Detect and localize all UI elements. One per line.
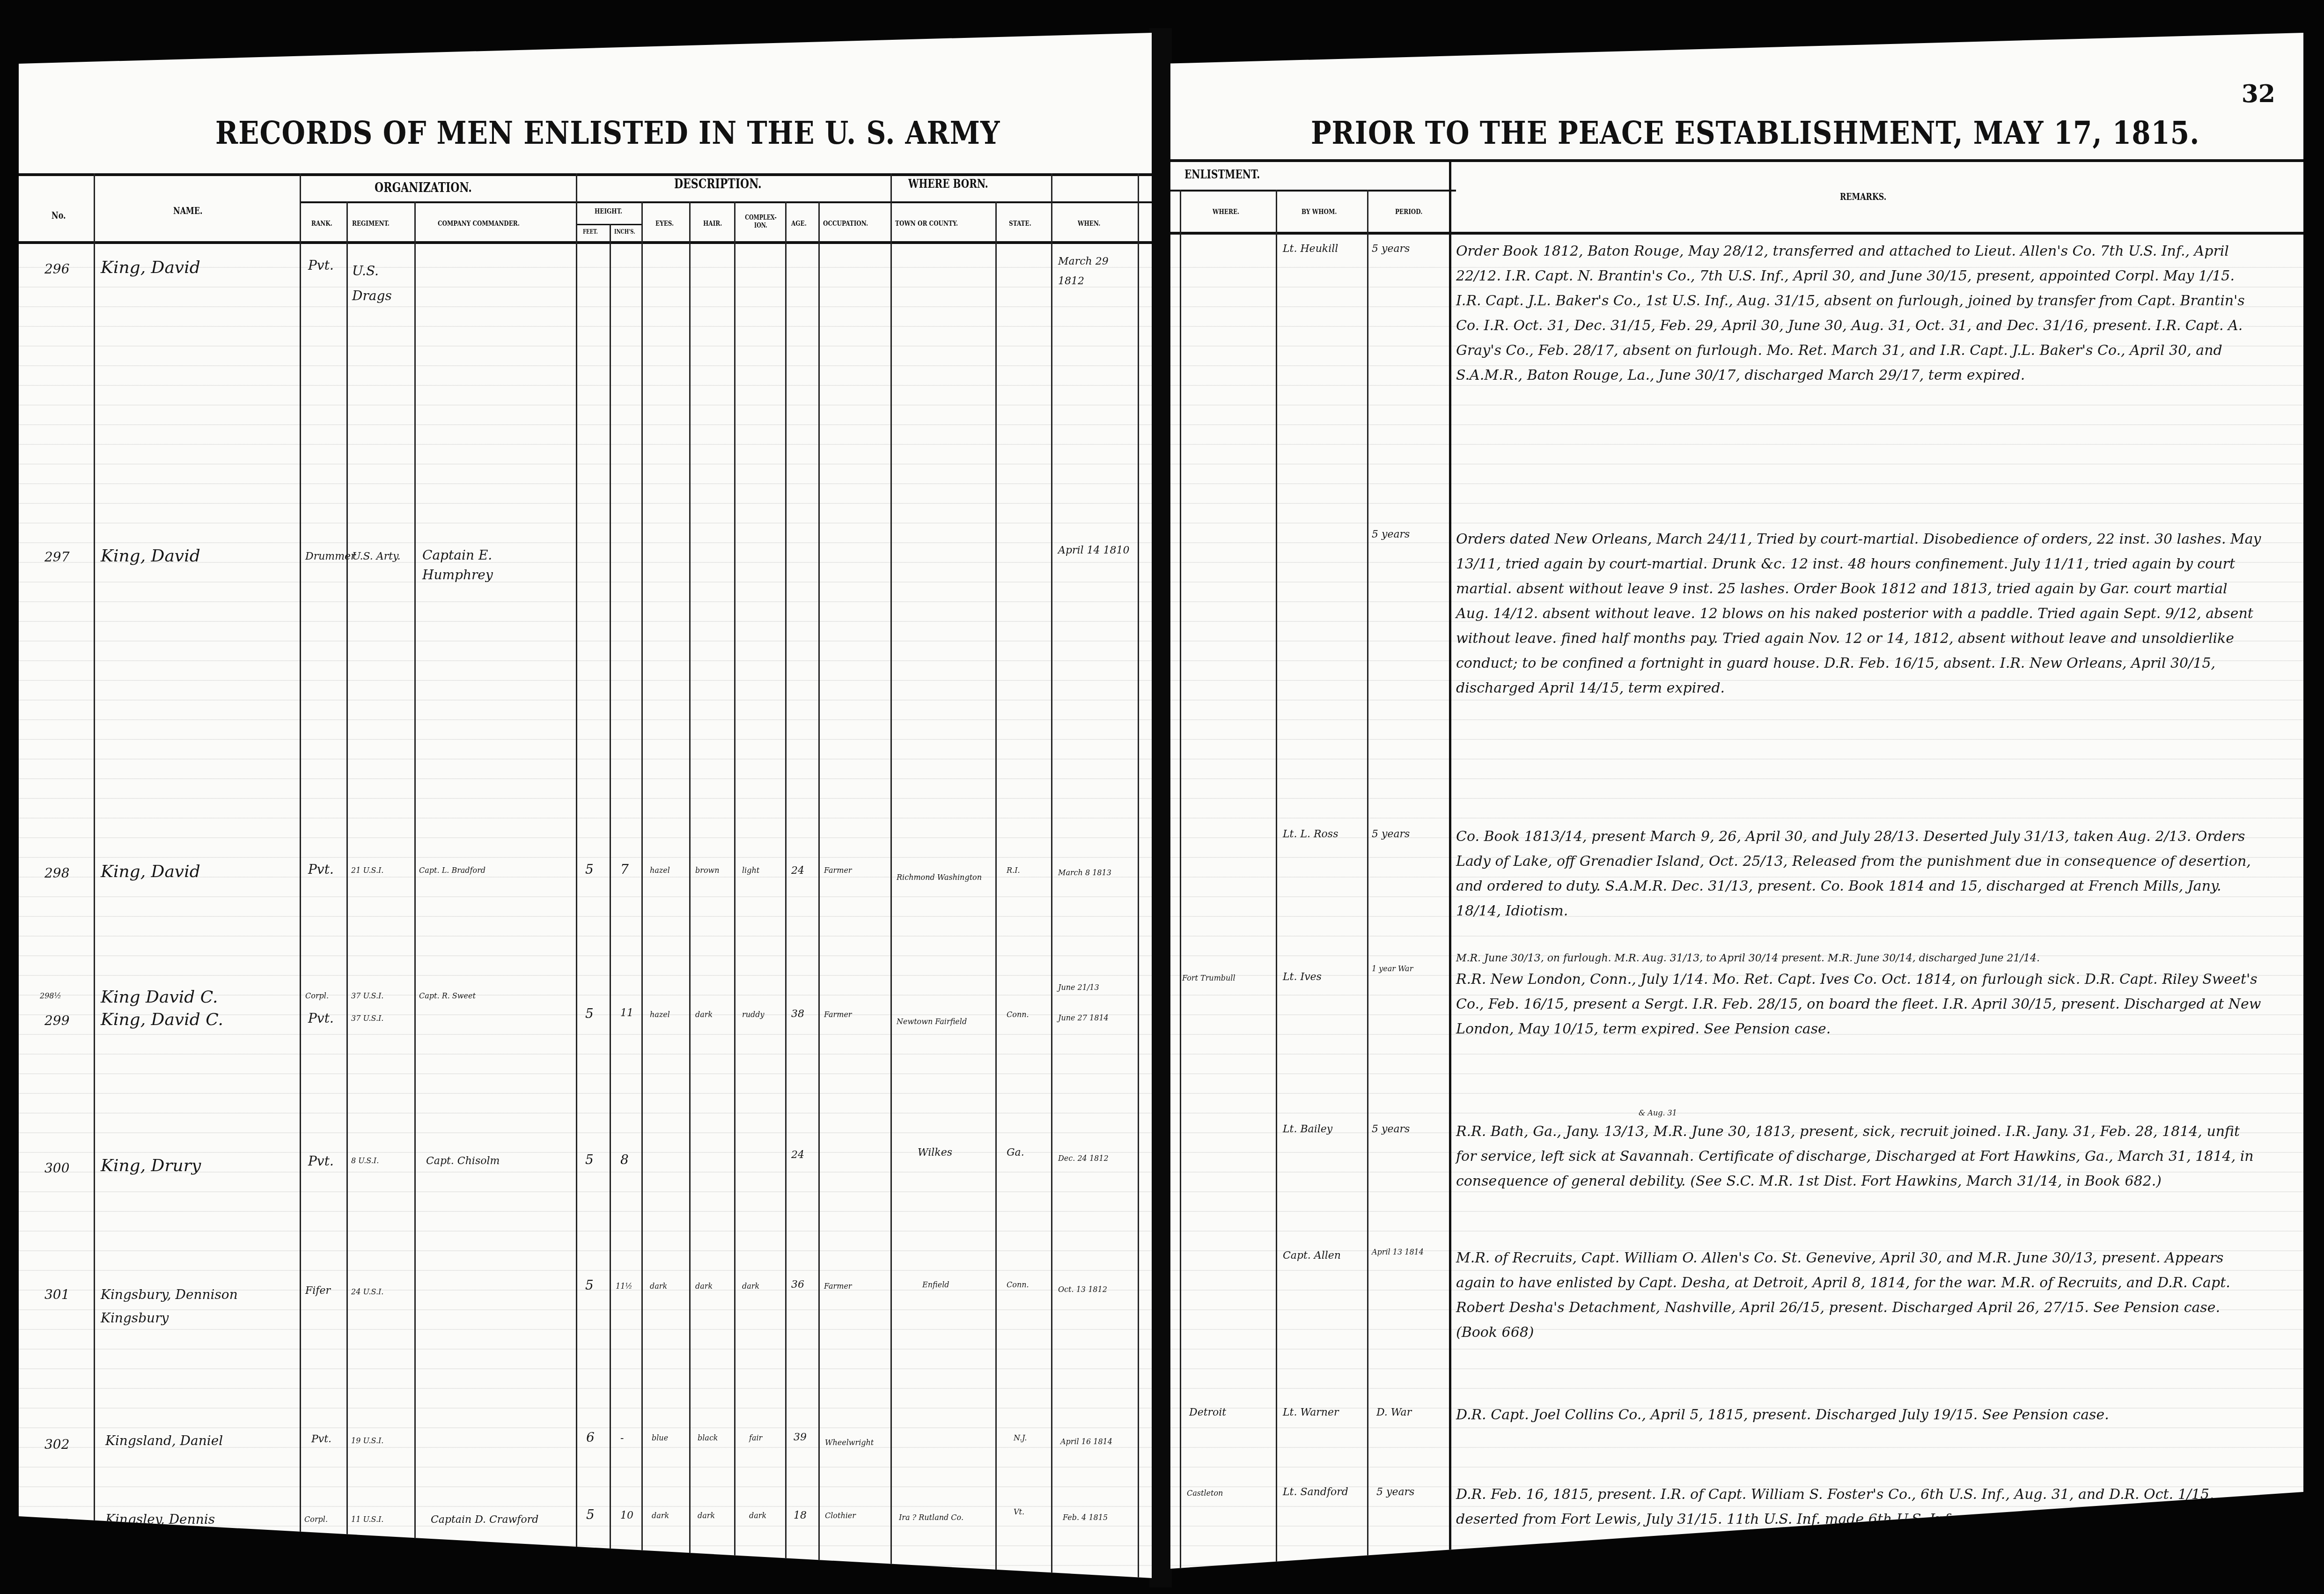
record-remarks: D.R. Capt. Joel Collins Co., April 5, 18… <box>1456 1402 2261 1427</box>
record-inches: 8 <box>620 1153 629 1167</box>
header-no: No. <box>51 209 66 221</box>
record-rank: Pvt. <box>308 1011 334 1026</box>
col-divider <box>1276 190 1277 1569</box>
record-remarks: Orders dated New Orleans, March 24/11, T… <box>1456 527 2261 701</box>
col-divider <box>890 173 892 1578</box>
enlistment-where: Fort Trumbull <box>1182 974 1236 982</box>
record-rank: Pvt. <box>308 1154 334 1169</box>
header-rank: RANK. <box>311 219 332 228</box>
record-feet: 5 <box>586 1508 595 1522</box>
record-name: King, David <box>101 258 200 277</box>
record-no: 298 <box>44 866 69 881</box>
enlistment-by-whom: Capt. Allen <box>1283 1250 1341 1262</box>
record-state: R.I. <box>1007 866 1020 875</box>
header-height: HEIGHT. <box>595 207 622 215</box>
record-rank: Pvt. <box>308 863 334 877</box>
record-complexion: dark <box>749 1512 766 1520</box>
record-when: March 29 1812 <box>1058 252 1133 291</box>
col-divider <box>346 201 348 1578</box>
record-regiment: 8 U.S.I. <box>351 1157 379 1165</box>
record-inches: 11 <box>620 1008 633 1019</box>
enlistment-period: 5 years <box>1372 829 1410 840</box>
remarks-annotation: & Aug. 31 <box>1639 1109 1677 1117</box>
record-when: Oct. 13 1812 <box>1058 1278 1133 1301</box>
record-no: 299 <box>44 1014 69 1028</box>
record-remarks: D.R. Feb. 16, 1815, present. I.R. of Cap… <box>1456 1482 2261 1532</box>
enlistment-where: Castleton <box>1187 1489 1223 1498</box>
record-feet: 5 <box>585 1153 594 1167</box>
record-complexion: light <box>742 866 759 875</box>
record-town: Ira ? Rutland Co. <box>899 1508 993 1528</box>
record-no: 301 <box>44 1288 69 1302</box>
record-rank: Pvt. <box>311 1434 331 1445</box>
record-inches: - <box>620 1433 624 1444</box>
record-rank: Fifer <box>305 1285 331 1297</box>
record-occupation: Farmer <box>824 866 852 875</box>
record-state: Conn. <box>1007 1281 1029 1289</box>
record-remarks: Order Book 1812, Baton Rouge, May 28/12,… <box>1456 239 2261 388</box>
header-period: PERIOD. <box>1395 207 1422 216</box>
col-divider <box>576 173 577 1578</box>
col-divider <box>1051 173 1052 1578</box>
record-remarks: M.R. of Recruits, Capt. William O. Allen… <box>1456 1246 2261 1345</box>
record-company-commander: Captain D. Crawford <box>431 1510 562 1530</box>
header-name: NAME. <box>173 205 203 216</box>
page-title-left: RECORDS OF MEN ENLISTED IN THE U. S. ARM… <box>215 115 1000 151</box>
record-age: 24 <box>791 1150 804 1161</box>
header-bottom-rule <box>19 241 1152 244</box>
header-feet: FEET. <box>583 229 598 235</box>
header-hair: HAIR. <box>703 219 722 228</box>
record-regiment: U.S. Arty. <box>352 548 408 565</box>
record-eyes: hazel <box>650 1011 670 1019</box>
record-inches: 10 <box>620 1510 633 1521</box>
record-regiment: 11 U.S.I. <box>351 1515 383 1524</box>
header-eyes: EYES. <box>655 219 674 228</box>
col-divider <box>1180 190 1181 1569</box>
record-state: N.J. <box>1014 1434 1027 1442</box>
header-enlistment: ENLISTMENT. <box>1184 167 1260 181</box>
right-page: 32 PRIOR TO THE PEACE ESTABLISHMENT, MAY… <box>1170 33 2303 1569</box>
record-state: Conn. <box>1007 1011 1029 1019</box>
record-rank: Drummer <box>305 548 343 565</box>
header-enlistment-where: WHERE. <box>1213 207 1239 216</box>
enlistment-by-whom: Lt. L. Ross <box>1283 829 1338 840</box>
record-no: 296 <box>44 262 69 277</box>
record-regiment: 19 U.S.I. <box>351 1437 383 1445</box>
header-top-rule <box>19 173 1152 176</box>
header-remarks: REMARKS. <box>1840 191 1886 202</box>
record-regiment: 37 U.S.I. <box>351 992 383 1000</box>
record-name: Kingsland, Daniel <box>105 1434 223 1448</box>
record-hair: dark <box>698 1512 715 1520</box>
record-complexion: dark <box>742 1282 759 1291</box>
enlistment-by-whom: Lt. Heukill <box>1283 244 1338 255</box>
record-name: King, Drury <box>101 1157 201 1175</box>
record-when: April 14 1810 <box>1058 541 1133 561</box>
record-name: King David C. <box>101 988 218 1007</box>
record-feet: 5 <box>585 1278 594 1293</box>
page-number: 32 <box>2242 80 2275 108</box>
header-when: WHEN. <box>1078 219 1100 228</box>
record-rank: Corpl. <box>305 992 329 1000</box>
header-top-rule <box>1170 159 2303 162</box>
col-divider <box>818 201 820 1578</box>
header-state: STATE. <box>1009 219 1031 228</box>
header-bottom-rule <box>1170 232 2303 235</box>
record-age: 18 <box>794 1510 807 1521</box>
record-rank: Corpl. <box>304 1515 328 1524</box>
record-eyes: blue <box>652 1434 668 1442</box>
header-occupation: OCCUPATION. <box>823 219 868 228</box>
record-inches: 7 <box>620 863 629 877</box>
record-hair: brown <box>695 866 720 875</box>
header-complexion: COMPLEX-ION. <box>740 214 782 229</box>
record-rank: Pvt. <box>308 258 334 273</box>
record-eyes: dark <box>650 1282 667 1291</box>
ruled-lines <box>19 248 1152 1578</box>
record-occupation: Clothier <box>825 1512 856 1520</box>
col-divider <box>641 201 643 1578</box>
record-no: 300 <box>44 1161 69 1176</box>
col-divider <box>734 201 735 1578</box>
record-name: Kingsbury, Dennison Kingsbury <box>101 1283 297 1330</box>
record-age: 36 <box>791 1279 804 1291</box>
record-remarks: Co. Book 1813/14, present March 9, 26, A… <box>1456 824 2261 923</box>
record-hair: black <box>698 1434 718 1442</box>
record-complexion: fair <box>749 1434 762 1442</box>
record-complexion: ruddy <box>742 1011 764 1019</box>
record-no: 298½ <box>40 992 61 1000</box>
enlistment-by-whom: Lt. Sandford <box>1283 1487 1348 1498</box>
record-company-commander: Capt. L. Bradford <box>419 866 485 875</box>
record-hair: dark <box>695 1011 713 1019</box>
col-divider <box>689 201 691 1578</box>
col-divider <box>785 201 787 1578</box>
header-organization: ORGANIZATION. <box>375 180 472 196</box>
enlistment-period: April 13 1814 <box>1372 1248 1442 1256</box>
record-name: Kingsley, Dennis <box>105 1513 215 1527</box>
enlistment-period: D. War <box>1376 1407 1412 1418</box>
record-age: 38 <box>791 1009 804 1020</box>
header-regiment: REGIMENT. <box>352 219 390 228</box>
record-town: Enfield <box>922 1281 949 1289</box>
header-group-rule <box>1170 190 1456 192</box>
record-regiment: 24 U.S.I. <box>351 1288 383 1296</box>
header-town-or-county: TOWN OR COUNTY. <box>895 219 958 228</box>
record-inches: 11½ <box>616 1282 632 1291</box>
record-company-commander: Capt. R. Sweet <box>419 992 476 1000</box>
record-occupation: Farmer <box>824 1011 852 1019</box>
record-remarks: R.R. Bath, Ga., Jany. 13/13, M.R. June 3… <box>1456 1119 2261 1194</box>
header-where-born: WHERE BORN. <box>908 176 988 191</box>
record-town: Newtown Fairfield <box>897 1011 990 1033</box>
col-divider <box>94 173 95 1578</box>
record-town: Wilkes <box>918 1147 952 1159</box>
record-occupation: Wheelwright <box>825 1434 881 1452</box>
record-when: June 21/13 <box>1058 983 1099 992</box>
record-regiment: U.S. Drags <box>352 258 408 308</box>
enlistment-period: 5 years <box>1372 1124 1410 1135</box>
col-divider <box>1449 159 1451 1569</box>
record-when: Feb. 4 1815 <box>1063 1508 1138 1528</box>
record-age: 24 <box>791 865 804 877</box>
col-divider <box>995 201 997 1578</box>
record-regiment: 37 U.S.I. <box>351 1014 383 1023</box>
record-regiment: 21 U.S.I. <box>351 866 383 875</box>
record-name: King, David C. <box>101 1011 223 1029</box>
enlistment-where: Detroit <box>1189 1407 1226 1418</box>
col-divider <box>1138 173 1139 1578</box>
record-feet: 5 <box>585 863 594 877</box>
record-company-commander: Captain E. Humphrey <box>422 546 563 585</box>
record-hair: dark <box>695 1282 713 1291</box>
enlistment-by-whom: Lt. Ives <box>1283 972 1322 983</box>
record-feet: 5 <box>585 1007 594 1021</box>
col-divider <box>300 173 301 1578</box>
height-subrule <box>576 224 641 225</box>
enlistment-by-whom: Lt. Bailey <box>1283 1124 1332 1135</box>
record-when: June 27 1814 <box>1058 1007 1133 1029</box>
record-age: 39 <box>794 1432 807 1443</box>
col-divider <box>610 224 611 1577</box>
record-eyes: hazel <box>650 866 670 875</box>
page-title-right: PRIOR TO THE PEACE ESTABLISHMENT, MAY 17… <box>1311 115 2199 151</box>
header-group-rule <box>300 201 1152 203</box>
enlistment-period: 1 year War <box>1372 965 1442 973</box>
header-inches: INCH'S. <box>614 229 635 235</box>
left-page: RECORDS OF MEN ENLISTED IN THE U. S. ARM… <box>19 33 1152 1578</box>
record-town: Richmond Washington <box>897 866 990 889</box>
book-gutter <box>1149 28 1172 1587</box>
record-occupation: Farmer <box>824 1282 852 1291</box>
header-company-commander: COMPANY COMMANDER. <box>438 219 520 228</box>
enlistment-period: 5 years <box>1372 529 1410 540</box>
record-no: 302 <box>44 1438 69 1452</box>
record-company-commander: Capt. Chisolm <box>426 1156 500 1167</box>
record-eyes: dark <box>652 1512 669 1520</box>
header-age: AGE. <box>791 219 807 228</box>
record-feet: 6 <box>586 1431 595 1445</box>
enlistment-period: 5 years <box>1376 1487 1414 1498</box>
record-name: King, David <box>101 547 200 566</box>
enlistment-by-whom: Lt. Warner <box>1283 1407 1339 1418</box>
header-by-whom: BY WHOM. <box>1302 207 1337 216</box>
record-when: Dec. 24 1812 <box>1058 1147 1133 1170</box>
record-name: King, David <box>101 863 200 881</box>
header-description: DESCRIPTION. <box>674 176 762 192</box>
enlistment-period: 5 years <box>1372 244 1410 255</box>
record-when: April 16 1814 <box>1060 1431 1135 1453</box>
record-state: Ga. <box>1007 1147 1024 1159</box>
record-state: Vt. <box>1014 1508 1024 1516</box>
record-no: 303 <box>44 1517 69 1532</box>
record-when: March 8 1813 <box>1058 862 1133 884</box>
col-divider <box>1367 190 1368 1569</box>
record-no: 297 <box>44 550 69 565</box>
record-remarks: R.R. New London, Conn., July 1/14. Mo. R… <box>1456 967 2261 1041</box>
col-divider <box>414 201 416 1578</box>
